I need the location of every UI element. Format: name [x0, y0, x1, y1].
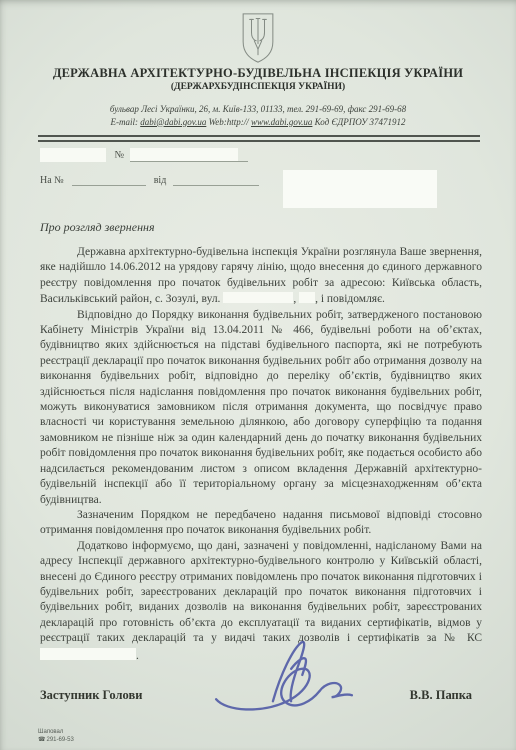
from-label: від: [154, 175, 167, 186]
web-text: www.dabi.gov.ua: [251, 117, 312, 127]
paragraph-1: Державна архітектурно-будівельна інспекц…: [40, 245, 482, 308]
redaction-box-addressee: [283, 170, 437, 208]
redaction-box-number: [130, 148, 238, 161]
redaction-box-house: [299, 292, 315, 303]
executor-phone-row: 291-69-53: [38, 737, 74, 745]
scanned-letter-page: ДЕРЖАВНА АРХІТЕКТУРНО-БУДІВЕЛЬНА ІНСПЕКЦ…: [0, 0, 516, 750]
on-number-label: На №: [40, 175, 64, 186]
letter-body: Державна архітектурно-будівельна інспекц…: [40, 245, 482, 664]
reference-block: № На № від: [40, 148, 480, 206]
blank-line: [173, 173, 259, 186]
email-text: dabi@dabi.gov.ua: [140, 117, 206, 127]
text-run: , і повідомляє.: [315, 293, 385, 305]
redaction-box-date: [40, 148, 106, 162]
number-blank-line: [130, 148, 248, 162]
org-name: ДЕРЖАВНА АРХІТЕКТУРНО-БУДІВЕЛЬНА ІНСПЕКЦ…: [0, 66, 516, 81]
text-run: ,: [293, 293, 296, 305]
ukraine-trident-emblem: [239, 12, 277, 64]
paragraph-2: Відповідно до Порядку виконання будівель…: [40, 308, 482, 508]
subject-line: Про розгляд звернення: [40, 220, 516, 235]
signature-block: Заступник Голови В.В. Папка: [40, 672, 482, 720]
executor-footer: Шаповал 291-69-53: [38, 729, 74, 744]
email-label: E-mail:: [110, 117, 138, 127]
edrpou-code: Код ЄДРПОУ 37471912: [315, 117, 406, 127]
redaction-box-ks-number: [40, 648, 136, 660]
signer-name: В.В. Папка: [410, 688, 472, 703]
executor-phone: 291-69-53: [46, 737, 73, 743]
number-symbol: №: [115, 149, 125, 160]
org-short-name: (ДЕРЖАРХБУДІНСПЕКЦІЯ УКРАЇНИ): [0, 81, 516, 93]
signer-position: Заступник Голови: [40, 688, 142, 703]
org-contacts-line: E-mail: dabi@dabi.gov.ua Web:http:// www…: [0, 116, 516, 129]
paragraph-3: Зазначеним Порядком не передбачено надан…: [40, 508, 482, 539]
text-run: Додатково інформуємо, що дані, зазначені…: [40, 540, 482, 644]
handwritten-signature: [206, 638, 358, 720]
text-run: .: [136, 650, 139, 662]
header-divider: [38, 135, 480, 142]
redaction-box-street: [223, 292, 293, 303]
outgoing-number-row: №: [40, 148, 480, 162]
web-label: Web:http://: [209, 117, 249, 127]
org-address-line: бульвар Лесі Українки, 26, м. Київ-133, …: [0, 103, 516, 116]
blank-line: [72, 173, 146, 186]
executor-name: Шаповал: [38, 729, 74, 737]
